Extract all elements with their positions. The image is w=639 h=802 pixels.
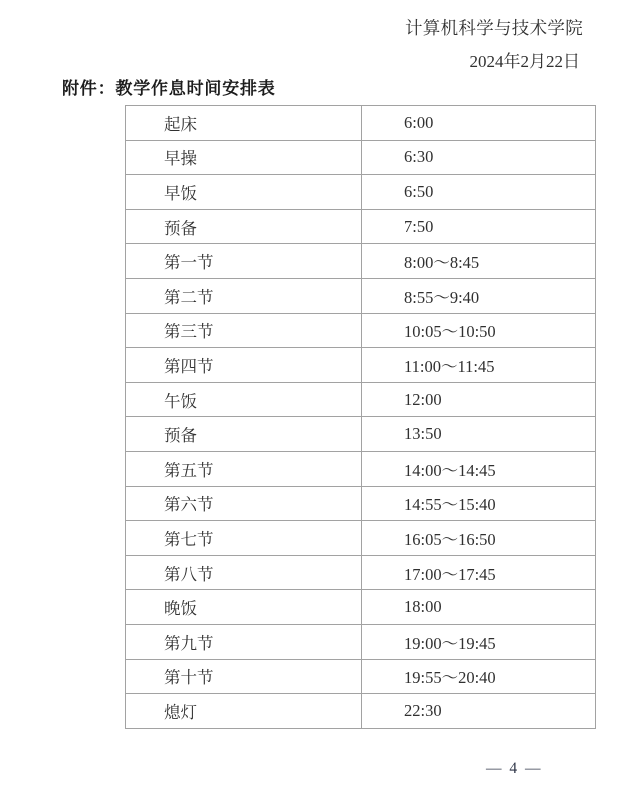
activity-label-cell: 第五节 xyxy=(126,451,362,486)
activity-label-cell: 第八节 xyxy=(126,555,362,590)
activity-label-cell: 早操 xyxy=(126,140,362,175)
time-value-cell: 13:50 xyxy=(362,417,596,452)
time-value-cell: 11:00～11:45 xyxy=(362,348,596,383)
time-value-cell: 19:55～20:40 xyxy=(362,659,596,694)
table-row: 早操6:30 xyxy=(126,140,596,175)
activity-label-cell: 第十节 xyxy=(126,659,362,694)
time-value-cell: 12:00 xyxy=(362,382,596,417)
time-value-cell: 18:00 xyxy=(362,590,596,625)
time-value-cell: 6:50 xyxy=(362,175,596,210)
activity-label-cell: 预备 xyxy=(126,417,362,452)
table-row: 第四节11:00～11:45 xyxy=(126,348,596,383)
activity-label-cell: 第四节 xyxy=(126,348,362,383)
activity-label-cell: 晚饭 xyxy=(126,590,362,625)
activity-label-cell: 第六节 xyxy=(126,486,362,521)
header-organization: 计算机科学与技术学院 xyxy=(405,15,583,40)
table-row: 起床6:00 xyxy=(126,106,596,141)
table-row: 第二节8:55～9:40 xyxy=(126,278,596,313)
activity-label-cell: 第一节 xyxy=(126,244,362,279)
activity-label-cell: 早饭 xyxy=(126,175,362,210)
header-date: 2024年2月22日 xyxy=(470,47,581,72)
activity-label-cell: 第三节 xyxy=(126,313,362,348)
schedule-table: 起床6:00早操6:30早饭6:50预备7:50第一节8:00～8:45第二节8… xyxy=(125,105,596,729)
time-value-cell: 19:00～19:45 xyxy=(362,624,596,659)
table-row: 第三节10:05～10:50 xyxy=(126,313,596,348)
table-row: 第六节14:55～15:40 xyxy=(126,486,596,521)
table-row: 第七节16:05～16:50 xyxy=(126,521,596,556)
schedule-table-body: 起床6:00早操6:30早饭6:50预备7:50第一节8:00～8:45第二节8… xyxy=(126,106,596,729)
page-number: — 4 — xyxy=(486,760,543,778)
table-row: 第八节17:00～17:45 xyxy=(126,555,596,590)
time-value-cell: 22:30 xyxy=(362,694,596,729)
time-value-cell: 8:55～9:40 xyxy=(362,278,596,313)
time-value-cell: 8:00～8:45 xyxy=(362,244,596,279)
time-value-cell: 17:00～17:45 xyxy=(362,555,596,590)
time-value-cell: 7:50 xyxy=(362,209,596,244)
table-row: 第九节19:00～19:45 xyxy=(126,624,596,659)
time-value-cell: 6:30 xyxy=(362,140,596,175)
activity-label-cell: 熄灯 xyxy=(126,694,362,729)
table-row: 熄灯22:30 xyxy=(126,694,596,729)
activity-label-cell: 第九节 xyxy=(126,624,362,659)
table-row: 早饭6:50 xyxy=(126,175,596,210)
activity-label-cell: 午饭 xyxy=(126,382,362,417)
table-row: 第十节19:55～20:40 xyxy=(126,659,596,694)
time-value-cell: 6:00 xyxy=(362,106,596,141)
time-value-cell: 10:05～10:50 xyxy=(362,313,596,348)
activity-label-cell: 第二节 xyxy=(126,278,362,313)
table-row: 晚饭18:00 xyxy=(126,590,596,625)
activity-label-cell: 预备 xyxy=(126,209,362,244)
time-value-cell: 14:55～15:40 xyxy=(362,486,596,521)
table-row: 午饭12:00 xyxy=(126,382,596,417)
table-row: 预备7:50 xyxy=(126,209,596,244)
time-value-cell: 16:05～16:50 xyxy=(362,521,596,556)
table-row: 预备13:50 xyxy=(126,417,596,452)
activity-label-cell: 第七节 xyxy=(126,521,362,556)
table-row: 第五节14:00～14:45 xyxy=(126,451,596,486)
table-row: 第一节8:00～8:45 xyxy=(126,244,596,279)
time-value-cell: 14:00～14:45 xyxy=(362,451,596,486)
activity-label-cell: 起床 xyxy=(126,106,362,141)
attachment-title: 附件：教学作息时间安排表 xyxy=(62,74,276,99)
